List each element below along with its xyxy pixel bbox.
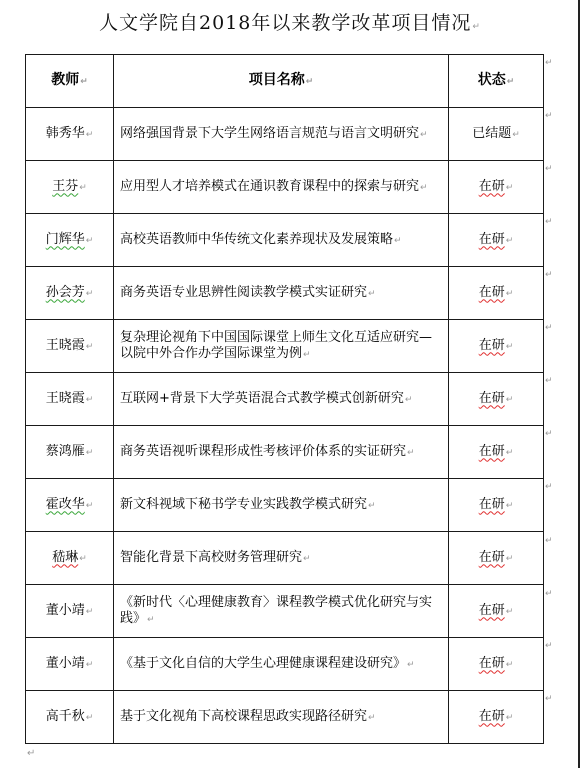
status-cell[interactable]: 在研↵ (449, 267, 544, 320)
status-cell-text: 在研 (479, 391, 505, 406)
paragraph-mark-icon: ↵ (420, 130, 428, 140)
row-end-mark-icon: ↵ (545, 111, 553, 121)
table-row: 王晓霞↵互联网+背景下大学英语混合式教学模式创新研究↵在研↵ (26, 373, 544, 426)
status-cell[interactable]: 在研↵ (449, 479, 544, 532)
project-cell-text: 应用型人才培养模式在通识教育课程中的探索与研究 (120, 179, 419, 194)
paragraph-mark-icon: ↵ (86, 660, 94, 670)
project-cell[interactable]: 《基于文化自信的大学生心理健康课程建设研究》↵ (114, 638, 449, 691)
project-cell[interactable]: 新文科视域下秘书学专业实践教学模式研究↵ (114, 479, 449, 532)
teacher-cell[interactable]: 王芬↵ (26, 161, 114, 214)
status-cell-text: 在研 (479, 338, 505, 353)
project-cell-text: 《基于文化自信的大学生心理健康课程建设研究》 (120, 656, 406, 671)
paragraph-mark-icon: ↵ (512, 130, 520, 140)
header-project-label: 项目名称 (249, 72, 305, 88)
project-cell[interactable]: 复杂理论视角下中国国际课堂上师生文化互适应研究—以院中外合作办学国际课堂为例↵ (114, 320, 449, 373)
paragraph-mark-icon: ↵ (506, 395, 514, 405)
teacher-cell[interactable]: 门辉华↵ (26, 214, 114, 267)
row-end-mark-icon: ↵ (545, 641, 553, 651)
table-row: 霍改华↵新文科视域下秘书学专业实践教学模式研究↵在研↵ (26, 479, 544, 532)
project-cell-text: 高校英语教师中华传统文化素养现状及发展策略 (120, 232, 393, 247)
title-text: 人文学院自2018年以来教学改革项目情况 (99, 12, 471, 34)
project-cell-text: 新文科视域下秘书学专业实践教学模式研究 (120, 497, 367, 512)
paragraph-mark-icon: ↵ (86, 236, 94, 246)
project-cell-text: 复杂理论视角下中国国际课堂上师生文化互适应研究—以院中外合作办学国际课堂为例 (120, 330, 432, 361)
teacher-cell[interactable]: 霍改华↵ (26, 479, 114, 532)
project-cell-text: 商务英语视听课程形成性考核评价体系的实证研究 (120, 444, 406, 459)
status-cell-text: 已结题 (472, 126, 511, 141)
paragraph-mark-icon: ↵ (506, 501, 514, 511)
teacher-cell-text: 嵇琳 (52, 550, 78, 565)
status-cell[interactable]: 在研↵ (449, 638, 544, 691)
status-cell-text: 在研 (479, 444, 505, 459)
paragraph-mark-icon: ↵ (86, 130, 94, 140)
status-cell[interactable]: 在研↵ (449, 214, 544, 267)
status-cell[interactable]: 在研↵ (449, 161, 544, 214)
paragraph-mark-icon: ↵ (79, 554, 87, 564)
teacher-cell[interactable]: 董小靖↵ (26, 585, 114, 638)
teacher-cell-text: 蔡鸿雁 (46, 444, 85, 459)
paragraph-mark-icon: ↵ (506, 448, 514, 458)
paragraph-mark-icon: ↵ (394, 236, 402, 246)
table-header-row: 教师↵ 项目名称↵ 状态↵ (26, 55, 544, 108)
paragraph-mark-icon: ↵ (507, 77, 515, 87)
teacher-cell-text: 霍改华 (46, 497, 85, 512)
paragraph-mark-icon: ↵ (407, 660, 415, 670)
project-cell[interactable]: 商务英语视听课程形成性考核评价体系的实证研究↵ (114, 426, 449, 479)
paragraph-mark-icon: ↵ (86, 607, 94, 617)
project-cell[interactable]: 商务英语专业思辨性阅读教学模式实证研究↵ (114, 267, 449, 320)
teacher-cell-text: 门辉华 (46, 232, 85, 247)
teacher-cell-text: 孙会芳 (46, 285, 85, 300)
project-cell[interactable]: 互联网+背景下大学英语混合式教学模式创新研究↵ (114, 373, 449, 426)
paragraph-mark-icon: ↵ (407, 448, 415, 458)
paragraph-mark-icon: ↵ (86, 501, 94, 511)
teacher-cell[interactable]: 高千秋↵ (26, 691, 114, 744)
teacher-cell[interactable]: 嵇琳↵ (26, 532, 114, 585)
status-cell[interactable]: 在研↵ (449, 691, 544, 744)
header-status-label: 状态 (478, 72, 506, 88)
teacher-cell-text: 高千秋 (46, 709, 85, 724)
status-cell-text: 在研 (479, 285, 505, 300)
paragraph-mark-icon: ↵ (506, 289, 514, 299)
paragraph-mark-icon: ↵ (368, 289, 376, 299)
paragraph-mark-icon: ↵ (306, 77, 314, 87)
row-end-mark-icon: ↵ (545, 323, 553, 333)
project-cell[interactable]: 《新时代〈心理健康教育〉课程教学模式优化研究与实践》↵ (114, 585, 449, 638)
status-cell-text: 在研 (479, 550, 505, 565)
project-cell-text: 网络强国背景下大学生网络语言规范与语言文明研究 (120, 126, 419, 141)
table-row: 门辉华↵高校英语教师中华传统文化素养现状及发展策略↵在研↵ (26, 214, 544, 267)
paragraph-mark-icon: ↵ (303, 554, 311, 564)
teacher-cell[interactable]: 韩秀华↵ (26, 108, 114, 161)
status-cell[interactable]: 在研↵ (449, 320, 544, 373)
project-cell[interactable]: 基于文化视角下高校课程思政实现路径研究↵ (114, 691, 449, 744)
status-cell[interactable]: 已结题↵ (449, 108, 544, 161)
teacher-cell-text: 王芬 (52, 179, 78, 194)
teacher-cell[interactable]: 王晓霞↵ (26, 320, 114, 373)
paragraph-mark-icon: ↵ (420, 183, 428, 193)
paragraph-mark-icon: ↵ (86, 289, 94, 299)
row-end-mark-icon: ↵ (545, 270, 553, 280)
paragraph-mark-icon: ↵ (86, 713, 94, 723)
status-cell[interactable]: 在研↵ (449, 532, 544, 585)
row-end-mark-icon: ↵ (545, 694, 553, 704)
table-row: 高千秋↵基于文化视角下高校课程思政实现路径研究↵在研↵ (26, 691, 544, 744)
row-end-mark-icon: ↵ (545, 589, 553, 599)
row-end-mark-icon: ↵ (545, 376, 553, 386)
teacher-cell[interactable]: 蔡鸿雁↵ (26, 426, 114, 479)
table-body: 韩秀华↵网络强国背景下大学生网络语言规范与语言文明研究↵已结题↵王芬↵应用型人才… (26, 108, 544, 744)
status-cell-text: 在研 (479, 497, 505, 512)
header-project[interactable]: 项目名称↵ (114, 55, 449, 108)
paragraph-mark-icon: ↵ (368, 713, 376, 723)
teacher-cell-text: 王晓霞 (46, 391, 85, 406)
project-cell-text: 基于文化视角下高校课程思政实现路径研究 (120, 709, 367, 724)
table-row: 董小靖↵《新时代〈心理健康教育〉课程教学模式优化研究与实践》↵在研↵ (26, 585, 544, 638)
paragraph-mark-icon: ↵ (506, 183, 514, 193)
project-cell[interactable]: 高校英语教师中华传统文化素养现状及发展策略↵ (114, 214, 449, 267)
teacher-cell-text: 王晓霞 (46, 338, 85, 353)
paragraph-mark-icon: ↵ (506, 342, 514, 352)
row-end-mark-icon: ↵ (545, 164, 553, 174)
project-cell[interactable]: 智能化背景下高校财务管理研究↵ (114, 532, 449, 585)
paragraph-mark-icon: ↵ (472, 22, 481, 32)
paragraph-mark-icon: ↵ (147, 615, 155, 625)
trailing-paragraph-mark-icon: ↵ (27, 748, 35, 759)
project-cell-text: 互联网+背景下大学英语混合式教学模式创新研究 (120, 391, 404, 406)
document-title: 人文学院自2018年以来教学改革项目情况↵ (0, 8, 580, 35)
paragraph-mark-icon: ↵ (368, 501, 376, 511)
project-cell-text: 《新时代〈心理健康教育〉课程教学模式优化研究与实践》 (120, 595, 432, 626)
table-row: 王晓霞↵复杂理论视角下中国国际课堂上师生文化互适应研究—以院中外合作办学国际课堂… (26, 320, 544, 373)
row-end-mark-icon: ↵ (545, 58, 553, 68)
status-cell-text: 在研 (479, 656, 505, 671)
row-end-mark-icon: ↵ (545, 429, 553, 439)
teacher-cell[interactable]: 董小靖↵ (26, 638, 114, 691)
header-status[interactable]: 状态↵ (449, 55, 544, 108)
row-end-mark-icon: ↵ (545, 217, 553, 227)
table-row: 董小靖↵《基于文化自信的大学生心理健康课程建设研究》↵在研↵ (26, 638, 544, 691)
project-cell-text: 智能化背景下高校财务管理研究 (120, 550, 302, 565)
teacher-cell[interactable]: 王晓霞↵ (26, 373, 114, 426)
header-teacher[interactable]: 教师↵ (26, 55, 114, 108)
status-cell-text: 在研 (479, 179, 505, 194)
status-cell[interactable]: 在研↵ (449, 426, 544, 479)
teacher-cell[interactable]: 孙会芳↵ (26, 267, 114, 320)
paragraph-mark-icon: ↵ (506, 607, 514, 617)
projects-table: 教师↵ 项目名称↵ 状态↵ 韩秀华↵网络强国背景下大学生网络语言规范与语言文明研… (25, 54, 544, 744)
table-row: 蔡鸿雁↵商务英语视听课程形成性考核评价体系的实证研究↵在研↵ (26, 426, 544, 479)
paragraph-mark-icon: ↵ (86, 395, 94, 405)
table-row: 王芬↵应用型人才培养模式在通识教育课程中的探索与研究↵在研↵ (26, 161, 544, 214)
paragraph-mark-icon: ↵ (506, 713, 514, 723)
project-cell[interactable]: 应用型人才培养模式在通识教育课程中的探索与研究↵ (114, 161, 449, 214)
teacher-cell-text: 董小靖 (46, 656, 85, 671)
paragraph-mark-icon: ↵ (506, 554, 514, 564)
row-end-mark-icon: ↵ (545, 482, 553, 492)
paragraph-mark-icon: ↵ (80, 77, 88, 87)
paragraph-mark-icon: ↵ (303, 350, 311, 360)
status-cell-text: 在研 (479, 232, 505, 247)
row-end-mark-icon: ↵ (545, 536, 553, 546)
table-row: 韩秀华↵网络强国背景下大学生网络语言规范与语言文明研究↵已结题↵ (26, 108, 544, 161)
project-cell-text: 商务英语专业思辨性阅读教学模式实证研究 (120, 285, 367, 300)
paragraph-mark-icon: ↵ (86, 342, 94, 352)
status-cell[interactable]: 在研↵ (449, 373, 544, 426)
table-row: 孙会芳↵商务英语专业思辨性阅读教学模式实证研究↵在研↵ (26, 267, 544, 320)
paragraph-mark-icon: ↵ (86, 448, 94, 458)
header-teacher-label: 教师 (51, 72, 79, 88)
status-cell-text: 在研 (479, 603, 505, 618)
teacher-cell-text: 韩秀华 (46, 126, 85, 141)
project-cell[interactable]: 网络强国背景下大学生网络语言规范与语言文明研究↵ (114, 108, 449, 161)
table-row: 嵇琳↵智能化背景下高校财务管理研究↵在研↵ (26, 532, 544, 585)
paragraph-mark-icon: ↵ (405, 395, 413, 405)
status-cell-text: 在研 (479, 709, 505, 724)
status-cell[interactable]: 在研↵ (449, 585, 544, 638)
paragraph-mark-icon: ↵ (506, 236, 514, 246)
paragraph-mark-icon: ↵ (506, 660, 514, 670)
teacher-cell-text: 董小靖 (46, 603, 85, 618)
paragraph-mark-icon: ↵ (79, 183, 87, 193)
